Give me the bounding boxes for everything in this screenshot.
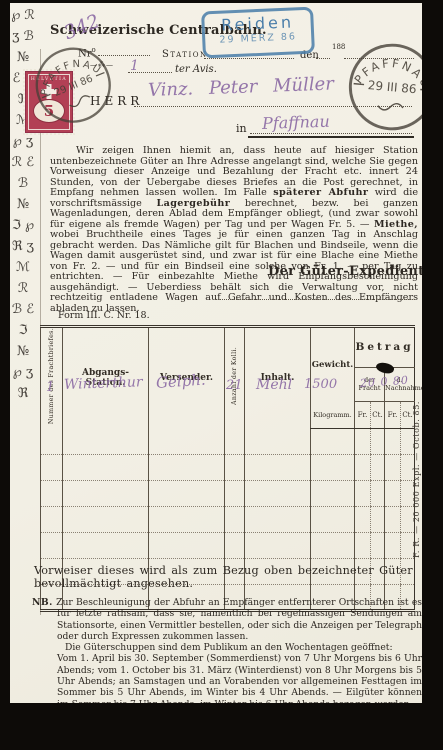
table-row [41,454,415,480]
nb-paragraph-1: NB. Zur Beschleunigung der Abfuhr an Emp… [32,597,422,642]
recipient-name: Vinz. Peter Müller [148,74,335,101]
reiden-arrival-stamp: Reiden 29 MERZ 86 [201,7,315,59]
avis-label: ter Avis. [175,64,217,75]
entry-nummer: 1 [46,380,54,395]
nb-block: NB. Zur Beschleunigung der Abfuhr an Emp… [32,597,422,703]
nb-paragraph-3: Vom 1. April bis 30. September (Sommerdi… [32,653,422,703]
herr-dotted-line [134,105,412,107]
no-dotted-line [98,54,150,56]
form-number-label: Form III. C. Nr. 18. [58,310,150,321]
notice-seg-3: Lagergebühr [156,198,230,209]
postmark-top: PFAFFNAU 29 III 86 [342,37,422,141]
col-header-nummer: Nummer des Frachtbriefes. [41,327,63,429]
col-header-betrag: Betrag [355,327,415,368]
table-row [41,428,415,454]
col-header-fracht-fr: Fr. [355,402,371,428]
table-row [41,506,415,532]
entry-inhalt: Mehl [256,377,292,393]
expedient-label: Der Güter-Expedient: [268,264,422,279]
photo-background: ℘ ℛ ʒ ℬ № ℰ ℑ ℜ ℳ ℘ ʒ ℛ ℰ ℬ № ℑ ℘ ℜ ʒ ℳ … [0,0,443,750]
entry-anzahl: 21 [226,378,243,393]
entry-gewicht: 1500 [304,377,337,392]
nb-paragraph-2: Die Güterschuppen sind dem Publikum an d… [32,642,422,653]
col-header-fracht-ct: Ct. [371,402,385,428]
year-label: 188 [332,43,345,51]
table-row [41,532,415,558]
station-label: Station [162,49,208,60]
in-label: in [236,122,247,135]
signature-dotted-line [215,298,415,300]
notice-seg-5: Miethe, [374,219,418,230]
in-solid-line [248,136,414,138]
col-header-kilogramm: Kilogramm. [311,402,355,428]
entry-abgangs-station: Winterthur [64,374,143,393]
postmark-top-date: 29 III 86 [367,78,417,96]
avis-dotted-line [128,71,172,73]
nb-label: NB. [32,597,53,608]
den-dotted-line [316,57,330,59]
printer-imprint: F. R. — 20 000 Expl. — Octob. 85. [412,348,421,558]
vorweiser-note: Vorweiser dieses wird als zum Bezug oben… [34,564,422,590]
entry-versender: Gelph. [155,371,206,392]
notice-seg-1: späterer Abfuhr [273,187,368,198]
nb-par1-text: Zur Beschleunigung der Abfuhr an Empfäng… [53,597,422,642]
paper: ℘ ℛ ʒ ℬ № ℰ ℑ ℜ ℳ ℘ ʒ ℛ ℰ ℬ № ℑ ℘ ℜ ʒ ℳ … [10,3,422,703]
table-row [41,480,415,506]
col-header-nachnahme-fr: Fr. [385,402,401,428]
destination-name: Pfaffnau [262,112,330,133]
notice-paragraph: Wir zeigen Ihnen hiemit an, dass heute a… [50,146,418,314]
